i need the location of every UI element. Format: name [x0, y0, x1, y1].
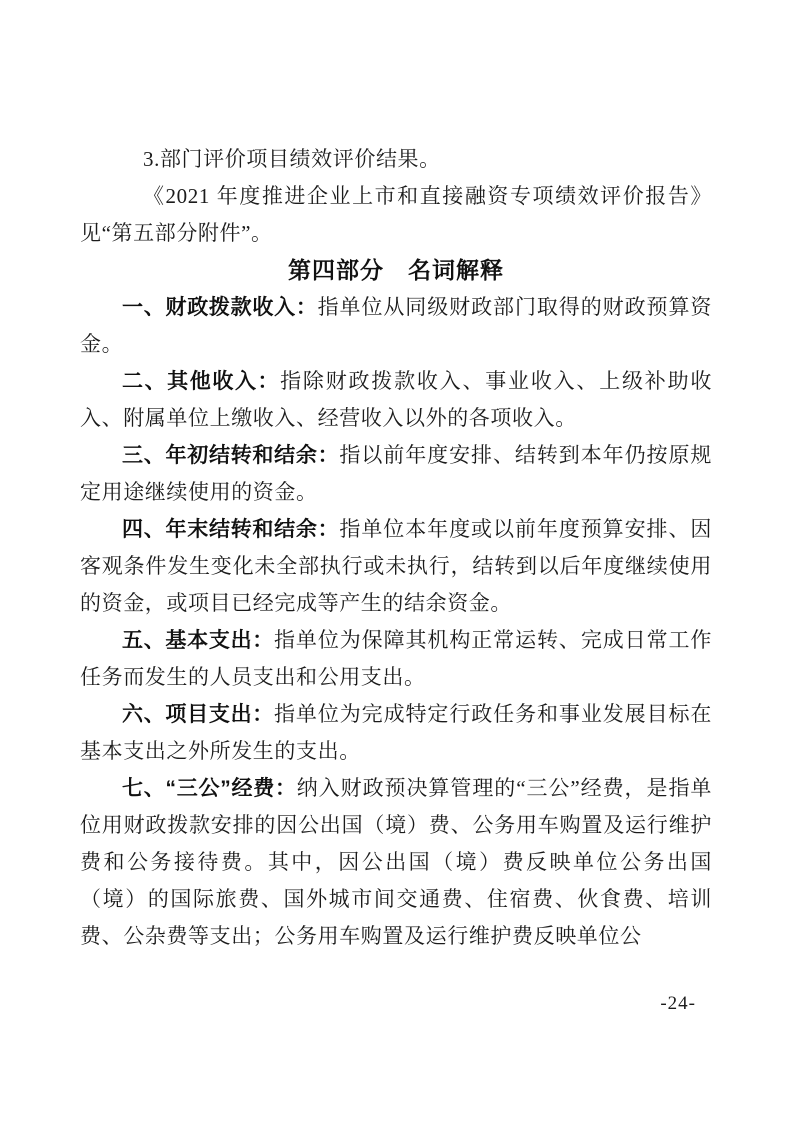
term-label: 一、财政拨款收入：	[122, 296, 318, 319]
term-paragraph-year-end-carryover: 四、年末结转和结余：指单位本年度或以前年度预算安排、因客观条件发生变化未全部执行…	[80, 511, 712, 622]
term-paragraph-basic-expenditure: 五、基本支出：指单位为保障其机构正常运转、完成日常工作任务而发生的人员支出和公用…	[80, 622, 712, 696]
term-paragraph-fiscal-appropriation-income: 一、财政拨款收入：指单位从同级财政部门取得的财政预算资金。	[80, 289, 712, 363]
term-definition: 纳入财政预决算管理的“三公”经费，是指单位用财政拨款安排的因公出国（境）费、公务…	[80, 776, 712, 948]
intro-paragraph-report-reference: 《2021 年度推进企业上市和直接融资专项绩效评价报告》见“第五部分附件”。	[80, 178, 712, 252]
page-number: -24-	[660, 993, 696, 1015]
term-label: 四、年末结转和结余：	[122, 518, 339, 541]
term-label: 七、“三公”经费：	[122, 777, 297, 800]
intro-paragraph-evaluation-result: 3.部门评价项目绩效评价结果。	[80, 141, 712, 178]
term-label: 六、项目支出：	[122, 703, 274, 726]
page-content: 3.部门评价项目绩效评价结果。 《2021 年度推进企业上市和直接融资专项绩效评…	[80, 141, 712, 955]
term-label: 二、其他收入：	[122, 370, 280, 393]
document-page: 3.部门评价项目绩效评价结果。 《2021 年度推进企业上市和直接融资专项绩效评…	[0, 0, 793, 1122]
term-paragraph-other-income: 二、其他收入：指除财政拨款收入、事业收入、上级补助收入、附属单位上缴收入、经营收…	[80, 363, 712, 437]
term-paragraph-beginning-year-carryover: 三、年初结转和结余：指以前年度安排、结转到本年仍按原规定用途继续使用的资金。	[80, 437, 712, 511]
term-paragraph-project-expenditure: 六、项目支出：指单位为完成特定行政任务和事业发展目标在基本支出之外所发生的支出。	[80, 696, 712, 770]
term-label: 五、基本支出：	[122, 629, 274, 652]
section-heading: 第四部分 名词解释	[80, 252, 712, 289]
term-paragraph-three-public-funds: 七、“三公”经费：纳入财政预决算管理的“三公”经费，是指单位用财政拨款安排的因公…	[80, 770, 712, 955]
term-label: 三、年初结转和结余：	[122, 444, 339, 467]
